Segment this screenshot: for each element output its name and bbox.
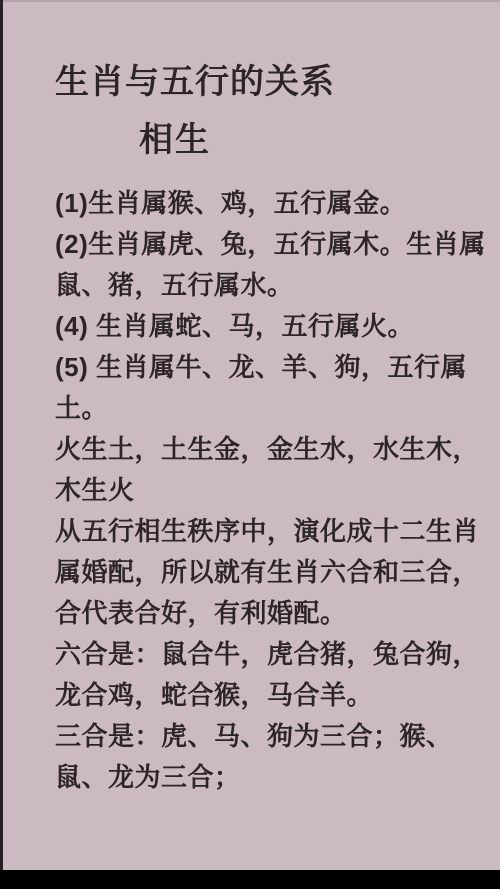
page-title: 生肖与五行的关系 [55,60,458,104]
text-line: 火生土，土生金，金生水，水生木， [55,429,458,470]
page-subtitle: 相生 [139,118,458,162]
text-line: 六合是：鼠合牛，虎合猪，兔合狗， [55,634,458,675]
text-line: 合代表合好，有利婚配。 [55,593,458,634]
text-line: 木生火 [55,470,458,511]
text-line: 从五行相生秩序中，演化成十二生肖 [55,511,458,552]
text-line: 属婚配，所以就有生肖六合和三合， [55,552,458,593]
text-line: 龙合鸡，蛇合猴，马合羊。 [55,675,458,716]
text-line: (5) 生肖属牛、龙、羊、狗，五行属 [55,347,458,388]
body-text: (1)生肖属猴、鸡，五行属金。 (2)生肖属虎、兔，五行属木。生肖属 鼠、猪，五… [55,183,458,798]
document-page: 生肖与五行的关系 相生 (1)生肖属猴、鸡，五行属金。 (2)生肖属虎、兔，五行… [0,0,500,798]
text-line: (1)生肖属猴、鸡，五行属金。 [55,183,458,224]
bottom-letterbox-bar [0,870,500,889]
text-line: 三合是：虎、马、狗为三合；猴、 [55,716,458,757]
text-line: (4) 生肖属蛇、马，五行属火。 [55,306,458,347]
text-line: 土。 [55,388,458,429]
text-line: 鼠、龙为三合； [55,757,458,798]
screenshot-root: 生肖与五行的关系 相生 (1)生肖属猴、鸡，五行属金。 (2)生肖属虎、兔，五行… [0,0,500,889]
text-line: 鼠、猪，五行属水。 [55,265,458,306]
text-line: (2)生肖属虎、兔，五行属木。生肖属 [55,224,458,265]
